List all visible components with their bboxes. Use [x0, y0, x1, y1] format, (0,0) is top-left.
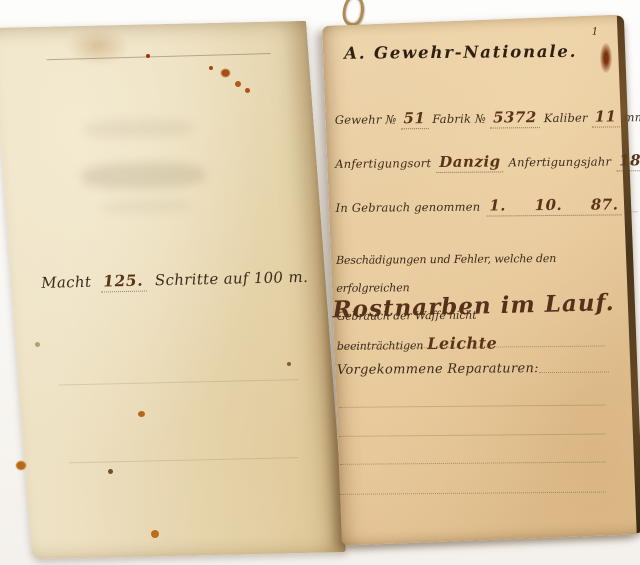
damage-text-line1: Beschädigungen und Fehler, welche den er… [336, 252, 556, 295]
right-page: 1 A. Gewehr-Nationale. Gewehr № 51 Fabri… [322, 14, 640, 545]
faint-frame-line [47, 53, 271, 60]
show-through-line [59, 379, 299, 385]
kaliber-value: 11 [592, 107, 620, 127]
pace-conversion-line: Macht 125. Schritte auf 100 m. [41, 267, 309, 294]
dotted-line [340, 462, 606, 465]
page-number: 1 [592, 27, 598, 38]
gebrauch-date-value: 1. 10. 87. [486, 195, 621, 216]
show-through-line [69, 457, 299, 463]
anfertigungsort-value: Danzig [436, 152, 504, 173]
left-page: Macht 125. Schritte auf 100 m. [0, 21, 346, 559]
repairs-line: Vorgekommene Reparaturen: [337, 361, 609, 378]
dotted-line [340, 434, 606, 437]
damage-handwritten-inline: Leichte [427, 333, 497, 353]
macht-label: Macht [41, 273, 92, 292]
form-content: 1 A. Gewehr-Nationale. Gewehr № 51 Fabri… [322, 23, 629, 546]
page-title: A. Gewehr-Nationale. [344, 42, 577, 63]
show-through-text [80, 161, 206, 190]
anfertigungsort-label: Anfertigungsort [335, 156, 431, 171]
manufacture-line: Anfertigungsort Danzig Anfertigungsjahr … [335, 152, 607, 174]
gewehr-no-value: 51 [400, 109, 428, 129]
fabrik-no-label: Fabrik № [432, 112, 486, 126]
macht-suffix: Schritte auf 100 m. [154, 268, 308, 289]
scanned-document: Macht 125. Schritte auf 100 m. 1 A. Gewe… [0, 0, 640, 565]
dotted-line [339, 405, 605, 408]
gewehr-number-line: Gewehr № 51 Fabrik № 5372 Kaliber 11 mm [335, 108, 607, 130]
show-through-text [83, 118, 194, 138]
anfertigungsjahr-label: Anfertigungsjahr [509, 154, 612, 169]
macht-value: 125. [99, 271, 146, 293]
dotted-line [340, 492, 606, 495]
gewehr-no-label: Gewehr № [335, 112, 397, 127]
gebrauch-label: In Gebrauch genommen [336, 200, 481, 215]
dotted-filler [539, 372, 609, 374]
show-through-text [100, 199, 193, 213]
fabrik-no-value: 5372 [490, 108, 540, 128]
repairs-label: Vorgekommene Reparaturen: [337, 361, 539, 378]
in-use-line: In Gebrauch genommen 1. 10. 87. [336, 196, 608, 218]
kaliber-label: Kaliber [544, 111, 588, 125]
